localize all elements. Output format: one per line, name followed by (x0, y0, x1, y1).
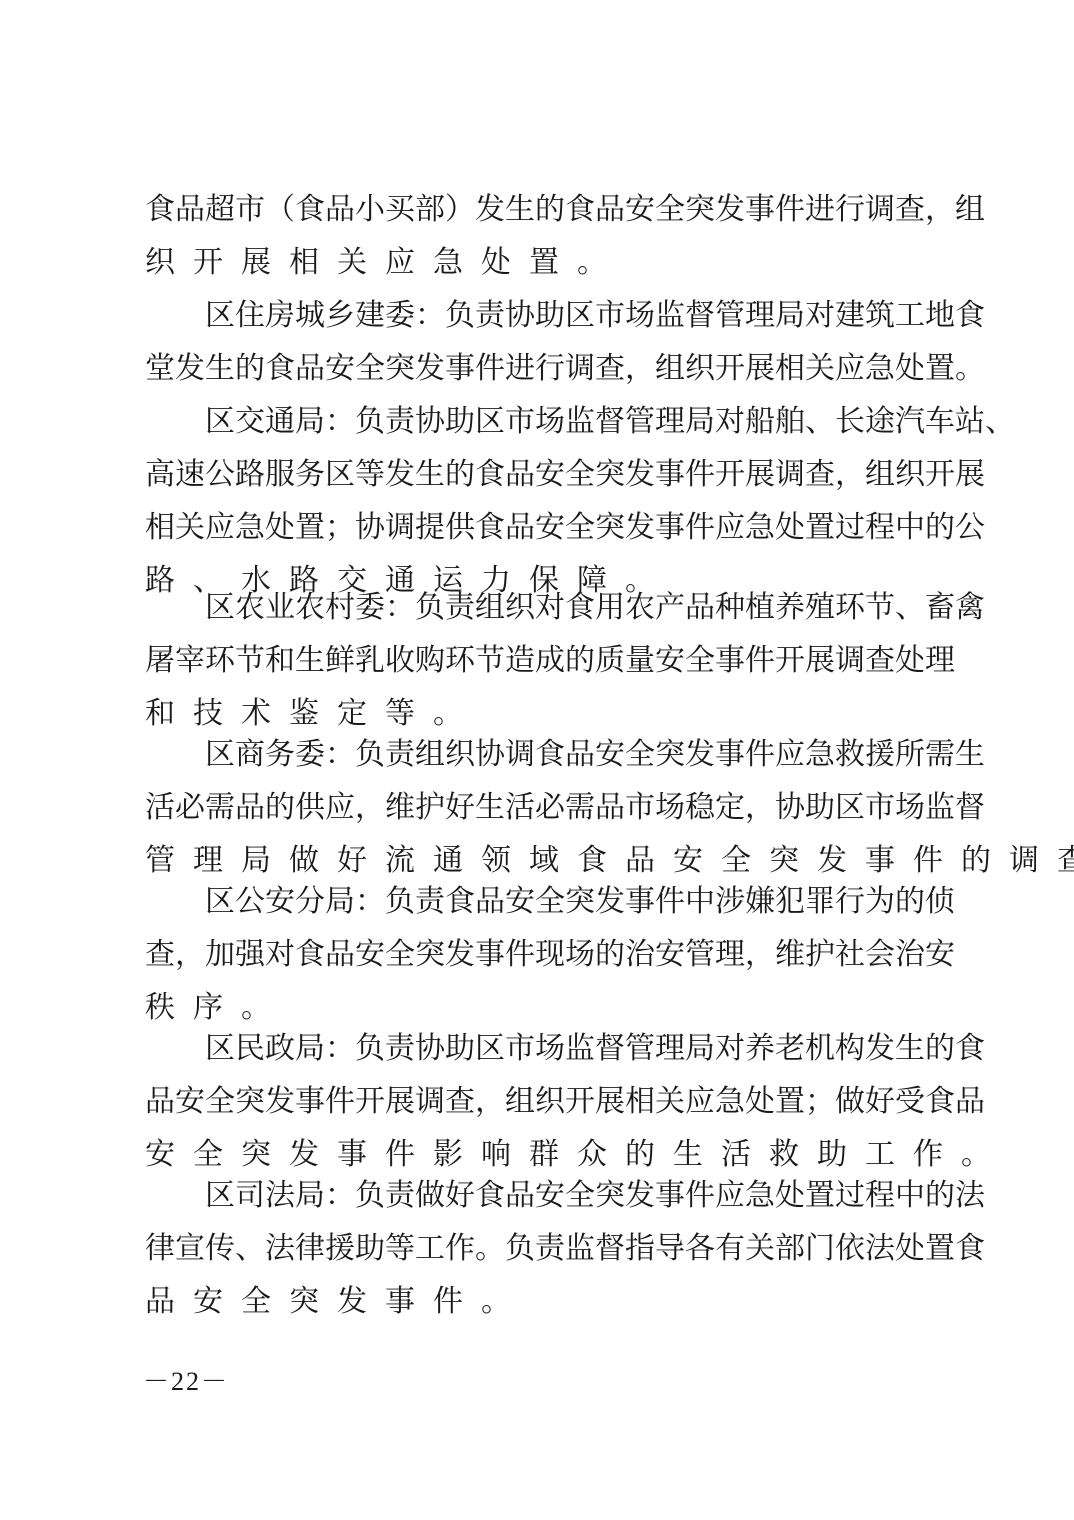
text-line: 相关应急处置；协调提供食品安全突发事件应急处置过程中的公 (145, 508, 940, 548)
page-number: －22－ (143, 1365, 229, 1399)
document-page: 食品超市（食品小买部）发生的食品安全突发事件进行调查，组 织开展相关应急处置。 … (0, 0, 1074, 1520)
text-line: 区公安分局：负责食品安全突发事件中涉嫌犯罪行为的侦 (205, 882, 940, 922)
text-line: 屠宰环节和生鲜乳收购环节造成的质量安全事件开展调查处理 (145, 641, 940, 681)
text-line: 品安全突发事件开展调查，组织开展相关应急处置；做好受食品 (145, 1082, 940, 1122)
text-line: 查，加强对食品安全突发事件现场的治安管理，维护社会治安 (145, 935, 940, 975)
text-line: 安全突发事件影响群众的生活救助工作。 (145, 1135, 940, 1175)
text-line: 区住房城乡建委：负责协助区市场监督管理局对建筑工地食 (205, 296, 940, 336)
text-line: 活必需品的供应，维护好生活必需品市场稳定，协助区市场监督 (145, 788, 940, 828)
text-line: 区农业农村委：负责组织对食用农产品种植养殖环节、畜禽 (205, 588, 940, 628)
text-line: 堂发生的食品安全突发事件进行调查，组织开展相关应急处置。 (145, 349, 940, 389)
text-line: 高速公路服务区等发生的食品安全突发事件开展调查，组织开展 (145, 455, 940, 495)
text-line: 织开展相关应急处置。 (145, 243, 940, 283)
text-line: 区民政局：负责协助区市场监督管理局对养老机构发生的食 (205, 1029, 940, 1069)
text-line: 和技术鉴定等。 (145, 694, 940, 734)
text-line: 律宣传、法律援助等工作。负责监督指导各有关部门依法处置食 (145, 1229, 940, 1269)
text-line: 区商务委：负责组织协调食品安全突发事件应急救援所需生 (205, 735, 940, 775)
text-line: 管理局做好流通领域食品安全突发事件的调查处理。 (145, 841, 940, 881)
text-line: 区司法局：负责做好食品安全突发事件应急处置过程中的法 (205, 1176, 940, 1216)
text-line: 品安全突发事件。 (145, 1282, 940, 1322)
text-line: 食品超市（食品小买部）发生的食品安全突发事件进行调查，组 (145, 190, 940, 230)
text-line: 秩序。 (145, 988, 940, 1028)
text-line: 区交通局：负责协助区市场监督管理局对船舶、长途汽车站、 (205, 402, 940, 442)
